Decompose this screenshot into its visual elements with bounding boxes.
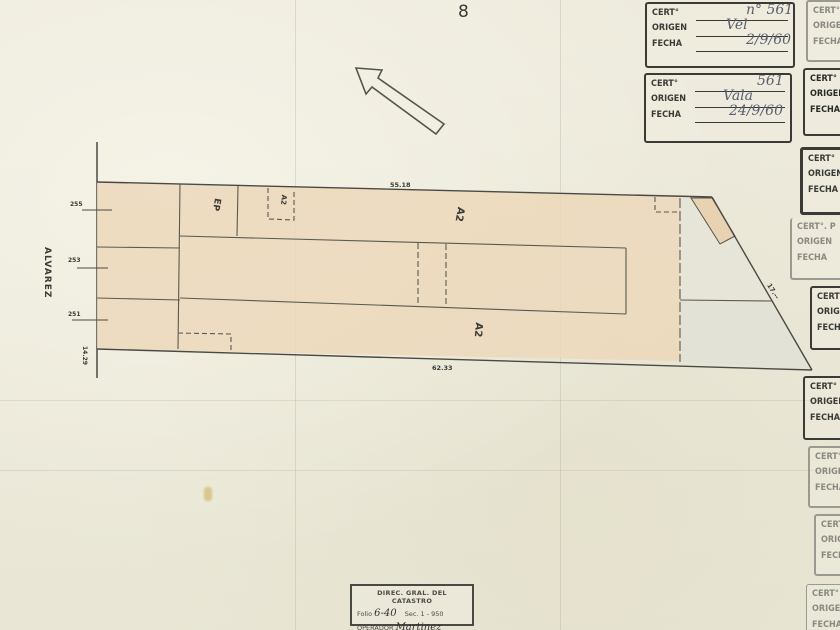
cert-label: CERT°	[652, 6, 694, 21]
origen-label: ORIGEN	[817, 305, 840, 320]
origen-label: ORIGEN	[652, 21, 694, 36]
cert-label: CERT°	[810, 380, 840, 395]
north-arrow-icon	[356, 68, 444, 134]
cert-label: CERT°	[813, 4, 840, 19]
certificate-stamp: CERT° ORIGEN FECHA	[803, 68, 840, 136]
certificate-stamp: CERT° ORIGEN FECHA	[803, 376, 840, 440]
section-label: Sec. 1 - 950	[405, 610, 444, 618]
top-dimension: 55.18	[390, 181, 411, 189]
cert-label: CERT°	[651, 77, 693, 92]
cert-label: CERT°	[812, 587, 840, 602]
parcel-label-bottom: A2	[472, 322, 484, 338]
origen-label: ORIGEN	[821, 533, 840, 548]
folio-row: Folio 6-40 Sec. 1 - 950	[357, 608, 467, 619]
catastro-office-stamp: DIREC. GRAL. DEL CATASTRO Folio 6-40 Sec…	[350, 584, 474, 626]
certificate-stamp: CERT° ORIGEN FECHA	[806, 584, 840, 630]
fecha-value: 24/9/60	[729, 100, 783, 124]
fecha-label: FECHA	[808, 183, 840, 198]
certificate-stamp: CERT° ORIGEN FECHA	[814, 514, 840, 576]
certificate-stamp: CERT° ORIGEN FECHA	[808, 446, 840, 508]
cert-label: CERT°. P	[797, 220, 839, 235]
fecha-label: FECHA	[652, 37, 694, 52]
certificate-stamp: CERT°. P ORIGEN FECHA	[790, 218, 840, 280]
cert-label: CERT°	[817, 290, 840, 305]
origen-label: ORIGEN	[813, 19, 840, 34]
cert-value: n° 561	[746, 2, 793, 22]
certificate-stamp: CERT° ORIGEN FECHA	[810, 286, 840, 350]
fecha-label: FECHA	[812, 618, 840, 630]
origen-label: ORIGEN	[810, 395, 840, 410]
cert-label: CERT°	[810, 72, 840, 87]
origen-label: ORIGEN	[815, 465, 840, 480]
operador-signature: Martinez	[396, 622, 442, 630]
catastro-title: DIREC. GRAL. DEL CATASTRO	[357, 589, 467, 605]
folio-value: 6-40	[374, 608, 396, 619]
origen-label: ORIGEN	[808, 167, 840, 182]
fecha-label: FECHA	[821, 549, 840, 564]
operador-row: OPERADOR Martinez	[357, 622, 467, 630]
cert-value: 561	[757, 73, 784, 93]
street-number-251: 251	[68, 311, 81, 318]
street-name-label: ALVAREZ	[42, 247, 52, 298]
certificate-stamp: CERT°n° 561 ORIGENVel FECHA2/9/60	[645, 2, 795, 68]
bottom-dimension: 62.33	[432, 364, 453, 372]
fecha-label: FECHA	[810, 103, 840, 118]
origen-label: ORIGEN	[651, 92, 693, 107]
cert-label: CERT°	[808, 152, 840, 167]
cert-label: CERT°	[815, 450, 840, 465]
origen-value: Vel	[726, 14, 748, 38]
origen-label: ORIGEN	[812, 602, 840, 617]
certificate-stamp: CERT°561 ORIGENVala FECHA24/9/60	[644, 73, 792, 143]
fecha-label: FECHA	[813, 35, 840, 50]
street-number-255: 255	[70, 201, 83, 208]
origen-label: ORIGEN	[810, 87, 840, 102]
certificate-stamp: CERT° ORIGEN FECHA	[800, 147, 840, 215]
fecha-label: FECHA	[815, 481, 840, 496]
paper-stain	[204, 487, 212, 501]
frontage-dimension: 14.29	[81, 346, 88, 365]
operador-label: OPERADOR	[357, 624, 393, 630]
cert-label: CERT°	[821, 518, 840, 533]
fecha-label: FECHA	[651, 108, 693, 123]
fecha-label: FECHA	[797, 251, 839, 266]
origen-label: ORIGEN	[797, 235, 839, 250]
fecha-value: 2/9/60	[746, 29, 791, 53]
folio-label: Folio	[357, 610, 372, 618]
certificate-stamp: CERT° ORIGEN FECHA	[806, 0, 840, 62]
street-number-253: 253	[68, 257, 81, 264]
fecha-label: FECHA	[817, 321, 840, 336]
parcel-label-small-box: A2	[279, 194, 288, 205]
fecha-label: FECHA	[810, 411, 840, 426]
